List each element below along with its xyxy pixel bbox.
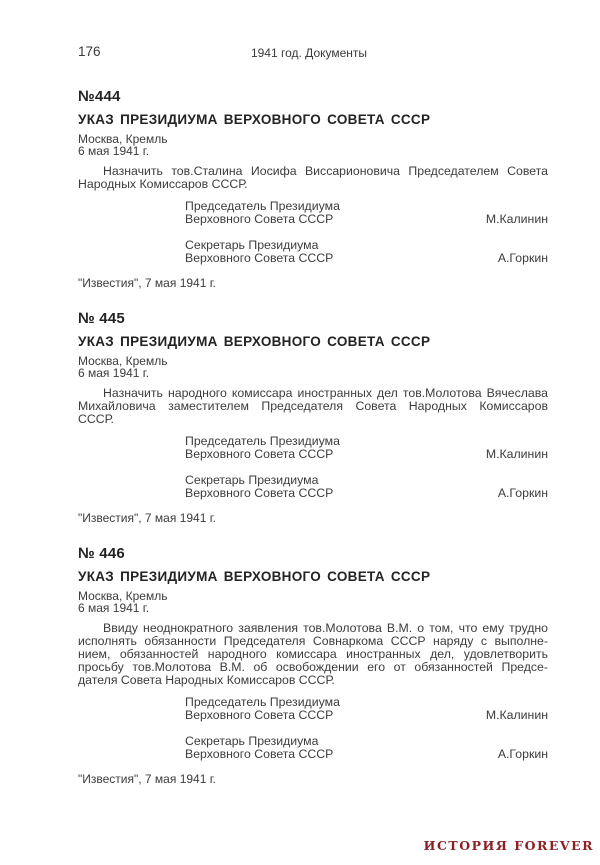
- signature-row: Секретарь Президиума Верховного Совета С…: [78, 735, 548, 760]
- signature-title-line: Секретарь Президиума: [185, 735, 333, 748]
- running-title: 1941 год. Документы: [9, 46, 600, 60]
- decree-date: 6 мая 1941 г.: [78, 368, 548, 380]
- publisher-watermark: ИСТОРИЯ FOREVER: [424, 838, 594, 853]
- decree-date: 6 мая 1941 г.: [78, 603, 548, 615]
- signature-title: Председатель Президиума Верховного Совет…: [185, 435, 340, 460]
- decree-number: №444: [78, 88, 548, 105]
- decree-body-line: дателя Совета Народных Комиссаров СССР.: [78, 674, 548, 687]
- decree-444: №444 УКАЗ ПРЕЗИДИУМА ВЕРХОВНОГО СОВЕТА С…: [78, 88, 548, 290]
- signature-row: Секретарь Президиума Верховного Совета С…: [78, 474, 548, 499]
- signature-title-line: Секретарь Президиума: [185, 239, 333, 252]
- signature-title: Секретарь Президиума Верховного Совета С…: [185, 474, 333, 499]
- decree-title: УКАЗ ПРЕЗИДИУМА ВЕРХОВНОГО СОВЕТА СССР: [78, 334, 548, 349]
- signature-name: М.Калинин: [486, 213, 548, 226]
- decree-body: Назначить тов.Сталина Иосифа Виссарионов…: [78, 165, 548, 191]
- signature-name: М.Калинин: [486, 448, 548, 461]
- signature-title-line: Председатель Президиума: [185, 696, 340, 709]
- source-citation: "Известия", 7 мая 1941 г.: [78, 276, 548, 290]
- book-page: 176 1941 год. Документы №444 УКАЗ ПРЕЗИД…: [0, 0, 600, 865]
- signature-title-line: Верховного Совета СССР: [185, 709, 340, 722]
- decree-body-line: Михайловича заместителем Председателя Со…: [78, 400, 548, 413]
- decree-body: Назначить народного комиссара иностранны…: [78, 387, 548, 426]
- decree-445: № 445 УКАЗ ПРЕЗИДИУМА ВЕРХОВНОГО СОВЕТА …: [78, 310, 548, 525]
- signature-title-line: Секретарь Президиума: [185, 474, 333, 487]
- signature-title: Секретарь Президиума Верховного Совета С…: [185, 239, 333, 264]
- decree-body-line: Народных Комиссаров СССР.: [78, 178, 548, 191]
- signature-name: А.Горкин: [498, 252, 548, 265]
- signature-title-line: Верховного Совета СССР: [185, 252, 333, 265]
- source-citation: "Известия", 7 мая 1941 г.: [78, 772, 548, 786]
- decree-meta: Москва, Кремль 6 мая 1941 г.: [78, 356, 548, 379]
- decree-number: № 445: [78, 310, 548, 327]
- decree-meta: Москва, Кремль 6 мая 1941 г.: [78, 591, 548, 614]
- signature-title: Председатель Президиума Верховного Совет…: [185, 200, 340, 225]
- decree-446: № 446 УКАЗ ПРЕЗИДИУМА ВЕРХОВНОГО СОВЕТА …: [78, 545, 548, 786]
- signature-title-line: Председатель Президиума: [185, 200, 340, 213]
- decree-number: № 446: [78, 545, 548, 562]
- decree-title: УКАЗ ПРЕЗИДИУМА ВЕРХОВНОГО СОВЕТА СССР: [78, 112, 548, 127]
- signature-title-line: Верховного Совета СССР: [185, 487, 333, 500]
- running-head: 176 1941 год. Документы: [0, 0, 600, 60]
- signature-title-line: Верховного Совета СССР: [185, 213, 340, 226]
- signature-name: М.Калинин: [486, 709, 548, 722]
- signature-row: Секретарь Президиума Верховного Совета С…: [78, 239, 548, 264]
- source-citation: "Известия", 7 мая 1941 г.: [78, 511, 548, 525]
- signature-title-line: Верховного Совета СССР: [185, 748, 333, 761]
- signature-title-line: Верховного Совета СССР: [185, 448, 340, 461]
- signature-name: А.Горкин: [498, 748, 548, 761]
- signature-title-line: Председатель Президиума: [185, 435, 340, 448]
- signature-name: А.Горкин: [498, 487, 548, 500]
- decree-meta: Москва, Кремль 6 мая 1941 г.: [78, 134, 548, 157]
- page-content: №444 УКАЗ ПРЕЗИДИУМА ВЕРХОВНОГО СОВЕТА С…: [0, 88, 600, 786]
- signature-title: Председатель Президиума Верховного Совет…: [185, 696, 340, 721]
- decree-body: Ввиду неоднократного заявления тов.Молот…: [78, 622, 548, 687]
- signature-row: Председатель Президиума Верховного Совет…: [78, 696, 548, 721]
- signature-title: Секретарь Президиума Верховного Совета С…: [185, 735, 333, 760]
- decree-body-line: СССР.: [78, 413, 548, 426]
- signature-row: Председатель Президиума Верховного Совет…: [78, 200, 548, 225]
- decree-date: 6 мая 1941 г.: [78, 146, 548, 158]
- decree-title: УКАЗ ПРЕЗИДИУМА ВЕРХОВНОГО СОВЕТА СССР: [78, 569, 548, 584]
- signature-row: Председатель Президиума Верховного Совет…: [78, 435, 548, 460]
